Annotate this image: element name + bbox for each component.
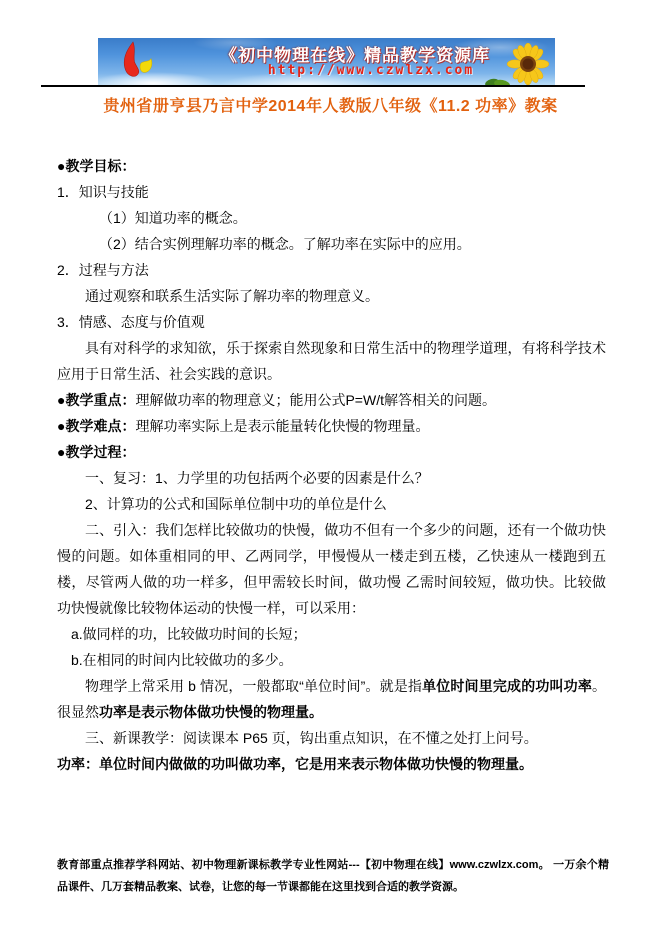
para-new-lesson: 三、新课教学：阅读课本 P65 页，钩出重点知识，在不懂之处打上问号。	[57, 725, 606, 751]
site-banner: 《初中物理在线》精品教学资源库 http://www.czwlzx.com	[98, 38, 555, 85]
document-page: 《初中物理在线》精品教学资源库 http://www.czwlzx.com	[0, 0, 661, 936]
para-review-line1: 一、复习：1、力学里的功包括两个必要的因素是什么？	[57, 465, 606, 491]
sunflower-icon	[505, 43, 551, 85]
doc-body: ●教学目标： 1．知识与技能 （1）知道功率的概念。 （2）结合实例理解功率的概…	[57, 153, 606, 777]
physics-pre: 物理学上常采用 b 情况，一般都取“单位时间”。就是指	[85, 678, 422, 694]
para-skills-sub2: （2）结合实例理解功率的概念。了解功率在实际中的应用。	[57, 231, 606, 257]
para-compare-a: a.做同样的功，比较做功时间的长短；	[57, 621, 606, 647]
focus-label: ●教学重点：	[57, 392, 135, 408]
para-process-item: 2．过程与方法	[57, 257, 606, 283]
focus-text: 理解做功率的物理意义；能用公式P=W/t解答相关的问题。	[135, 392, 496, 408]
para-goals-heading: ●教学目标：	[57, 153, 606, 179]
para-emotion-item: 3．情感、态度与价值观	[57, 309, 606, 335]
header-divider	[41, 85, 585, 87]
para-emotion-text: 具有对科学的求知欲，乐于探索自然现象和日常生活中的物理学道理，有将科学技术应用于…	[57, 335, 606, 387]
para-skills-sub1: （1）知道功率的概念。	[57, 205, 606, 231]
site-logo-flame-icon	[114, 39, 160, 85]
para-intro: 二、引入：我们怎样比较做功的快慢，做功不但有一个多少的问题，还有一个做功快慢的问…	[57, 517, 606, 621]
para-skills-item: 1．知识与技能	[57, 179, 606, 205]
difficulty-text: 理解功率实际上是表示能量转化快慢的物理量。	[135, 418, 429, 434]
para-compare-b: b.在相同的时间内比较做功的多少。	[57, 647, 606, 673]
para-teaching-difficulty: ●教学难点：理解功率实际上是表示能量转化快慢的物理量。	[57, 413, 606, 439]
doc-footer: 教育部重点推荐学科网站、初中物理新课标教学专业性网站---【初中物理在线】www…	[57, 854, 609, 898]
para-teaching-focus: ●教学重点：理解做功率的物理意义；能用公式P=W/t解答相关的问题。	[57, 387, 606, 413]
doc-title: 贵州省册亨县乃言中学2014年人教版八年级《11.2 功率》教案	[0, 93, 661, 116]
difficulty-label: ●教学难点：	[57, 418, 135, 434]
para-review-line2: 2、计算功的公式和国际单位制中功的单位是什么	[57, 491, 606, 517]
physics-bold2: 功率是表示物体做功快慢的物理量。	[99, 704, 323, 720]
para-process-text: 通过观察和联系生活实际了解功率的物理意义。	[57, 283, 606, 309]
physics-bold1: 单位时间里完成的功叫功率	[422, 678, 592, 694]
para-physics-usage: 物理学上常采用 b 情况，一般都取“单位时间”。就是指单位时间里完成的功叫功率。…	[57, 673, 606, 725]
para-power-definition: 功率：单位时间内做做的功叫做功率，它是用来表示物体做功快慢的物理量。	[57, 751, 606, 777]
para-procedure-heading: ●教学过程：	[57, 439, 606, 465]
